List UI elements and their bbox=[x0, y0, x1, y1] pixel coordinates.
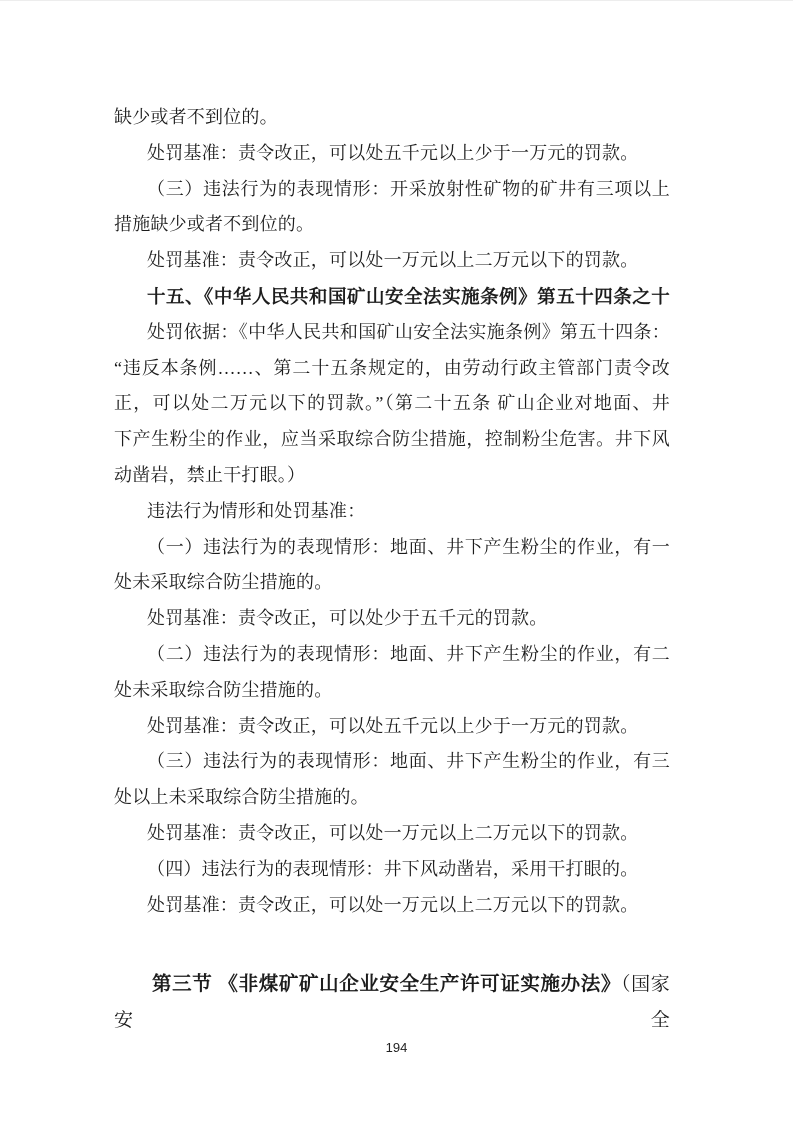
text-line: 正，可以处二万元以下的罚款。”（第二十五条 矿山企业对地面、井 bbox=[114, 386, 670, 422]
text-line: 措施缺少或者不到位的。 bbox=[114, 207, 670, 243]
blank-line bbox=[114, 923, 670, 967]
text-line: （三）违法行为的表现情形：开采放射性矿物的矿井有三项以上 bbox=[114, 172, 670, 208]
text-line: （一）违法行为的表现情形：地面、井下产生粉尘的作业，有一 bbox=[114, 530, 670, 566]
text-line: 处未采取综合防尘措施的。 bbox=[114, 673, 670, 709]
text-line: 处罚基准：责令改正，可以处少于五千元的罚款。 bbox=[114, 601, 670, 637]
text-line: （三）违法行为的表现情形：地面、井下产生粉尘的作业，有三 bbox=[114, 744, 670, 780]
text-line: 处罚基准：责令改正，可以处一万元以上二万元以下的罚款。 bbox=[114, 816, 670, 852]
text-line: 处罚基准：责令改正，可以处五千元以上少于一万元的罚款。 bbox=[114, 136, 670, 172]
text-line: 处以上未采取综合防尘措施的。 bbox=[114, 780, 670, 816]
text-line: “违反本条例……、第二十五条规定的，由劳动行政主管部门责令改 bbox=[114, 351, 670, 387]
section-heading: 第三节 《非煤矿矿山企业安全生产许可证实施办法》（国家安全 bbox=[114, 967, 670, 1039]
text-line: 处罚基准：责令改正，可以处一万元以上二万元以下的罚款。 bbox=[114, 243, 670, 279]
text-line: 动凿岩，禁止干打眼。） bbox=[114, 458, 670, 494]
document-page: 缺少或者不到位的。处罚基准：责令改正，可以处五千元以上少于一万元的罚款。（三）违… bbox=[0, 0, 793, 1123]
section-heading-title: 第三节 《非煤矿矿山企业安全生产许可证实施办法》 bbox=[152, 973, 621, 995]
text-line: 处罚基准：责令改正，可以处五千元以上少于一万元的罚款。 bbox=[114, 709, 670, 745]
text-line: 违法行为情形和处罚基准： bbox=[114, 494, 670, 530]
text-line: 处罚依据：《中华人民共和国矿山安全法实施条例》第五十四条： bbox=[114, 315, 670, 351]
text-line: 下产生粉尘的作业，应当采取综合防尘措施，控制粉尘危害。井下风 bbox=[114, 422, 670, 458]
text-line: 缺少或者不到位的。 bbox=[114, 100, 670, 136]
text-line: 处未采取综合防尘措施的。 bbox=[114, 565, 670, 601]
page-number: 194 bbox=[386, 1040, 408, 1055]
document-body: 缺少或者不到位的。处罚基准：责令改正，可以处五千元以上少于一万元的罚款。（三）违… bbox=[114, 100, 670, 1039]
article-heading: 十五、《中华人民共和国矿山安全法实施条例》第五十四条之十 bbox=[114, 279, 670, 315]
text-line: （二）违法行为的表现情形：地面、井下产生粉尘的作业，有二 bbox=[114, 637, 670, 673]
page-footer: 194 bbox=[0, 1039, 793, 1057]
text-line: 处罚基准：责令改正，可以处一万元以上二万元以下的罚款。 bbox=[114, 888, 670, 924]
text-line: （四）违法行为的表现情形：井下风动凿岩，采用干打眼的。 bbox=[114, 852, 670, 888]
